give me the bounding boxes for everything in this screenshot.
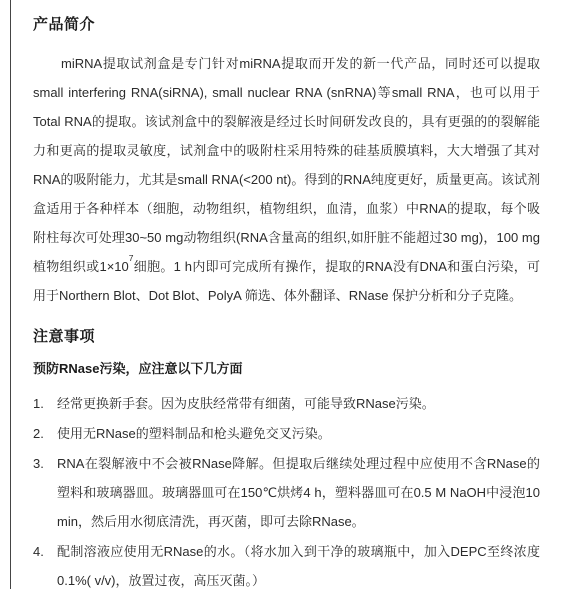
list-item-text: RNA在裂解液中不会被RNase降解。但提取后继续处理过程中应使用不含RNase… [57, 449, 540, 536]
precautions-list: 1. 经常更换新手套。因为皮肤经常带有细菌，可能导致RNase污染。 2. 使用… [33, 389, 540, 589]
exponent-superscript: 7 [129, 253, 134, 263]
page-left-edge-line [10, 0, 11, 589]
intro-text-before-superscript: miRNA提取试剂盒是专门针对miRNA提取而开发的新一代产品，同时还可以提取s… [33, 56, 540, 274]
document-page: 产品简介 miRNA提取试剂盒是专门针对miRNA提取而开发的新一代产品，同时还… [0, 0, 569, 589]
list-item-text: 经常更换新手套。因为皮肤经常带有细菌，可能导致RNase污染。 [57, 389, 540, 418]
list-item-number: 4. [33, 537, 57, 589]
precautions-heading: 注意事项 [33, 326, 540, 348]
product-intro-heading: 产品简介 [33, 14, 540, 36]
list-item: 2. 使用无RNase的塑料制品和枪头避免交叉污染。 [33, 419, 540, 448]
list-item-number: 2. [33, 419, 57, 448]
list-item-number: 1. [33, 389, 57, 418]
list-item-number: 3. [33, 449, 57, 536]
list-item: 4. 配制溶液应使用无RNase的水。（将水加入到干净的玻璃瓶中，加入DEPC至… [33, 537, 540, 589]
list-item-text: 配制溶液应使用无RNase的水。（将水加入到干净的玻璃瓶中，加入DEPC至终浓度… [57, 537, 540, 589]
document-content: 产品简介 miRNA提取试剂盒是专门针对miRNA提取而开发的新一代产品，同时还… [33, 14, 540, 589]
list-item-text: 使用无RNase的塑料制品和枪头避免交叉污染。 [57, 419, 540, 448]
list-item: 1. 经常更换新手套。因为皮肤经常带有细菌，可能导致RNase污染。 [33, 389, 540, 418]
product-intro-paragraph: miRNA提取试剂盒是专门针对miRNA提取而开发的新一代产品，同时还可以提取s… [33, 49, 540, 310]
list-item: 3. RNA在裂解液中不会被RNase降解。但提取后继续处理过程中应使用不含RN… [33, 449, 540, 536]
rnase-prevention-subheading: 预防RNase污染，应注意以下几方面 [33, 359, 540, 379]
